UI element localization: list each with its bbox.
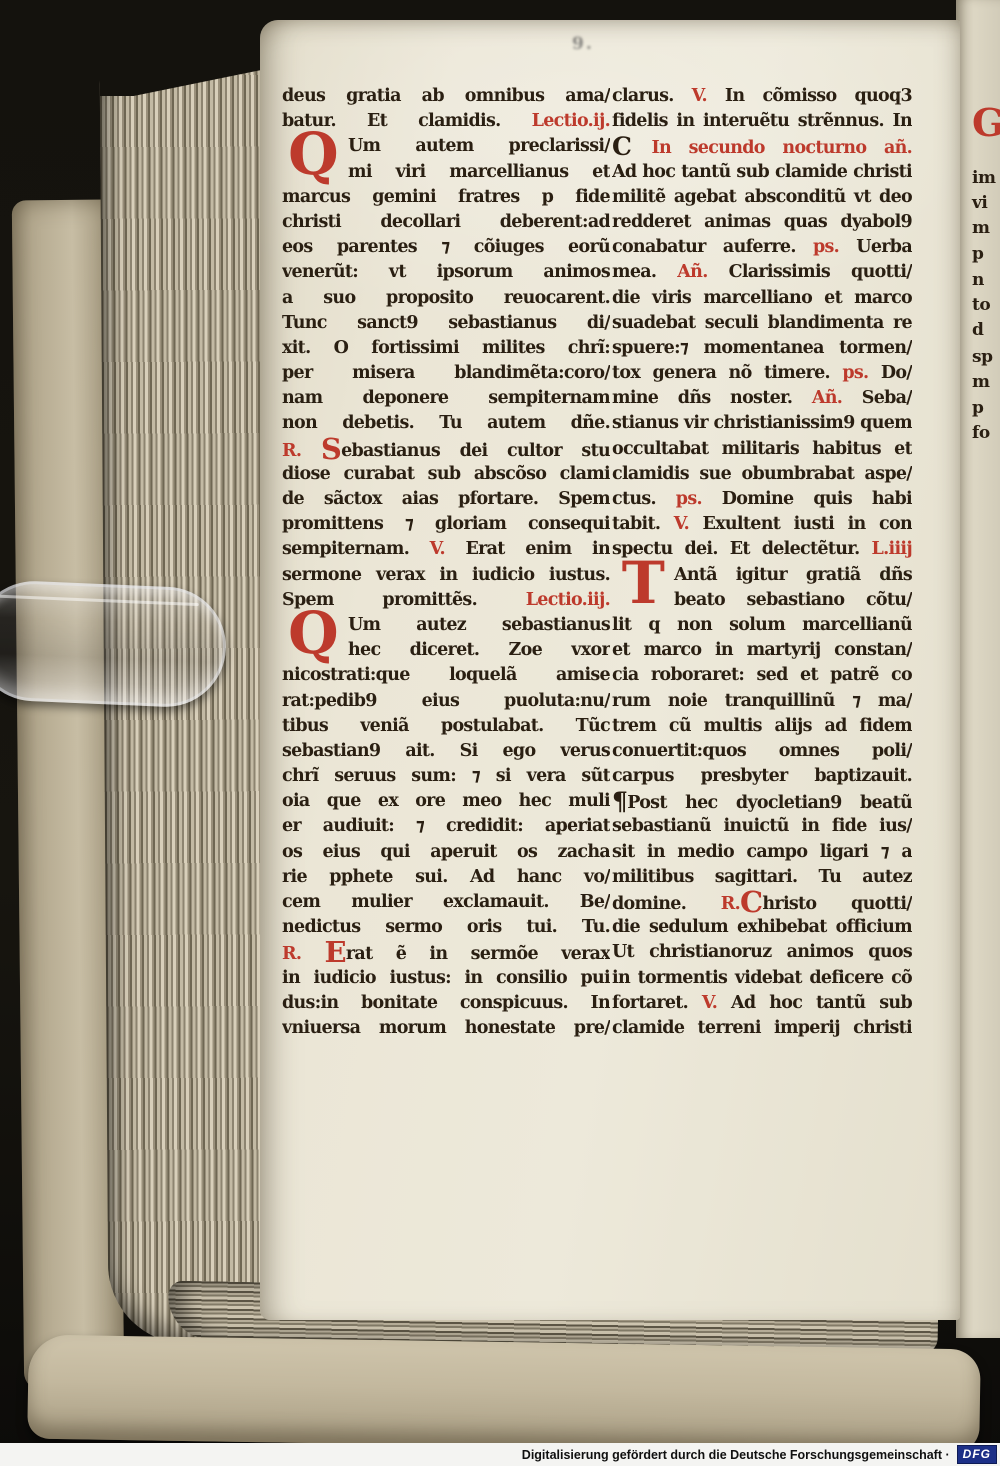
body-text: nedictus sermo oris tui. Tu.: [282, 917, 610, 937]
body-text: conuertit:quos omnes poli/: [612, 741, 912, 761]
body-text: deus gratia ab omnibus ama/: [282, 86, 610, 106]
body-text: cia roboraret: sed et patrẽ co: [612, 665, 912, 685]
body-text: in tormentis videbat deficere cõ: [612, 968, 912, 988]
body-text: rat:pedib9 eius puoluta:nu/: [282, 691, 610, 711]
body-text: sit in medio campo ligari ⁊ a: [612, 842, 912, 862]
body-text: domine.: [612, 894, 721, 914]
body-text: suadebat seculi blandimenta re: [612, 313, 912, 333]
body-text: militibus sagittari. Tu autez: [612, 867, 912, 887]
text-line: stianus vir christianissim9 quem: [612, 411, 912, 436]
text-line: in tormentis videbat deficere cõ: [612, 966, 912, 991]
text-line: ¶Post hec dyocletian9 beatũ: [612, 789, 912, 814]
body-text: oia que ex ore meo hec muli: [282, 791, 610, 811]
next-page-edge: Gimvimpntodspmpfo: [956, 0, 1000, 1338]
text-line: venerũt: vt ipsorum animos: [282, 260, 610, 285]
body-text: ebastianus dei cultor stu: [341, 441, 610, 461]
text-line: domine. R.Christo quotti/: [612, 890, 912, 915]
text-line: rum noie tranquillinũ ⁊ ma/: [612, 689, 912, 714]
text-line: in iudicio iustus: in consilio pui: [282, 966, 610, 991]
text-line: et marco in martyrij constan/: [612, 638, 912, 663]
text-line: militẽ agebat absconditũ vt deo: [612, 185, 912, 210]
text-line: sempiternam. V. Erat enim in: [282, 537, 610, 562]
edge-text-fragment: p: [972, 398, 983, 418]
body-text: non debetis. Tu autem dñe.: [282, 413, 610, 433]
body-text: nicostrati:que loquelã amise: [282, 665, 610, 685]
body-text: xit. O fortissimi milites chrĩ:: [282, 338, 610, 358]
edge-text-fragment: d: [972, 320, 983, 340]
text-line: vniuersa morum honestate pre/: [282, 1016, 610, 1041]
text-line: sebastian9 ait. Si ego verus: [282, 739, 610, 764]
rubric-text: ps.: [813, 237, 856, 257]
text-line: er audiuit: ⁊ credidit: aperiat: [282, 814, 610, 839]
page-number-smudge: 9.: [572, 34, 594, 54]
text-line: fortaret. V. Ad hoc tantũ sub: [612, 991, 912, 1016]
body-text: carpus presbyter baptizauit.: [612, 766, 912, 786]
body-text: Erat enim in: [465, 539, 610, 559]
text-line: os eius qui aperuit os zacha: [282, 840, 610, 865]
body-text: os eius qui aperuit os zacha: [282, 842, 610, 862]
body-text: per misera blandimẽta:coro/: [282, 363, 610, 383]
edge-text-fragment: fo: [972, 423, 990, 443]
text-line: clamide terreni imperij christi: [612, 1016, 912, 1041]
body-text: In cõmisso quoq3: [725, 86, 912, 106]
text-line: sebastianũ inuictũ in fide ius/: [612, 814, 912, 839]
edge-text-fragment: to: [972, 295, 990, 315]
text-line: chrĩ seruus sum: ⁊ si vera sũt: [282, 764, 610, 789]
body-text: eos parentes ⁊ cõiuges eorũ: [282, 237, 610, 257]
body-text: clamide terreni imperij christi: [612, 1018, 912, 1038]
rubric-text: V.: [430, 539, 466, 559]
digitized-book-photo: Gimvimpntodspmpfo 9. deus gratia ab omni…: [0, 0, 1000, 1466]
body-text: marcus gemini fratres p fide: [282, 187, 610, 207]
body-text: mi viri marcellianus et: [348, 162, 610, 182]
body-text: fidelis in interuẽtu strẽnnus. In: [612, 111, 912, 131]
body-text: Tunc sanct9 sebastianus di/: [282, 313, 610, 333]
body-text: beato sebastiano cõtu/: [674, 590, 912, 610]
body-text: fortaret.: [612, 993, 702, 1013]
body-text: C: [740, 890, 762, 915]
body-text: Ut christianoruz animos quos: [612, 942, 912, 962]
body-text: in iudicio iustus: in consilio pui: [282, 968, 610, 988]
body-text: rum noie tranquillinũ ⁊ ma/: [612, 691, 912, 711]
rubric-text: R.: [721, 894, 740, 914]
text-line: suadebat seculi blandimenta re: [612, 311, 912, 336]
body-text: diose curabat sub abscõso clami: [282, 464, 610, 484]
body-text: er audiuit: ⁊ credidit: aperiat: [282, 816, 610, 836]
body-text: mea.: [612, 262, 677, 282]
rubric-text: Añ.: [677, 262, 728, 282]
text-line: christi decollari deberent:ad: [282, 210, 610, 235]
page-holder-clip: [0, 579, 228, 709]
body-text: conabatur auferre.: [612, 237, 813, 257]
edge-text-fragment: n: [972, 270, 984, 290]
rubric-text: Añ.: [812, 388, 862, 408]
body-text: hec diceret. Zoe vxor: [348, 640, 610, 660]
drop-cap-initial: T: [612, 558, 674, 608]
body-text: vniuersa morum honestate pre/: [282, 1018, 610, 1038]
body-text: ¶: [612, 789, 627, 814]
body-text: ctus.: [612, 489, 676, 509]
body-text: Uerba: [856, 237, 912, 257]
drop-cap-initial: Q: [282, 608, 344, 658]
body-text: occultabat militaris habitus et: [612, 439, 912, 459]
body-text: chrĩ seruus sum: ⁊ si vera sũt: [282, 766, 610, 786]
text-line: nam deponere sempiternam: [282, 386, 610, 411]
body-text: sempiternam.: [282, 539, 430, 559]
text-line: tabit. V. Exultent iusti in con: [612, 512, 912, 537]
body-text: die viris marcelliano et marco: [612, 288, 912, 308]
dfg-logo: DFG: [957, 1445, 997, 1464]
body-text: a suo proposito reuocarent.: [282, 288, 610, 308]
body-text: die sedulum exhibebat officium: [612, 917, 912, 937]
text-line: dus:in bonitate conspicuus. In: [282, 991, 610, 1016]
text-line: sermone verax in iudicio iustus.: [282, 563, 610, 588]
text-line: per misera blandimẽta:coro/: [282, 361, 610, 386]
rubric-text: R.: [282, 944, 325, 964]
rubric-text: V.: [692, 86, 725, 106]
body-text: et marco in martyrij constan/: [612, 640, 912, 660]
body-text: sebastianũ inuictũ in fide ius/: [612, 816, 912, 836]
text-line: non debetis. Tu autem dñe.: [282, 411, 610, 436]
book-page: 9. deus gratia ab omnibus ama/batur. Et …: [260, 20, 960, 1320]
caption-text: Digitalisierung gefördert durch die Deut…: [522, 1448, 950, 1462]
body-text: C: [612, 134, 651, 159]
text-line: promittens ⁊ gloriam consequi: [282, 512, 610, 537]
rubric-text: ps.: [676, 489, 722, 509]
text-line: C In secundo nocturno añ.: [612, 134, 912, 159]
text-line: mea. Añ. Clarissimis quotti/: [612, 260, 912, 285]
text-line: redderet animas quas dyabol9: [612, 210, 912, 235]
body-text: cem mulier exclamauit. Be/: [282, 892, 610, 912]
body-text: Um autez sebastianus: [348, 615, 610, 635]
body-text: tox genera nõ timere.: [612, 363, 842, 383]
edge-text-fragment: m: [972, 218, 990, 238]
text-line: cia roboraret: sed et patrẽ co: [612, 663, 912, 688]
edge-text-fragment: vi: [972, 193, 987, 213]
text-line: ctus. ps. Domine quis habi: [612, 487, 912, 512]
edge-text-fragment: im: [972, 168, 995, 188]
text-line: occultabat militaris habitus et: [612, 437, 912, 462]
text-line: die sedulum exhibebat officium: [612, 915, 912, 940]
rubric-text: L.iiij: [872, 539, 912, 559]
text-line: R. Sebastianus dei cultor stu: [282, 437, 610, 462]
text-line: diose curabat sub abscõso clami: [282, 462, 610, 487]
text-line: xit. O fortissimi milites chrĩ:: [282, 336, 610, 361]
body-text: stianus vir christianissim9 quem: [612, 413, 912, 433]
body-text: rat ẽ in sermõe verax: [346, 944, 610, 964]
body-text: promittens ⁊ gloriam consequi: [282, 514, 610, 534]
body-text: Post hec dyocletian9 beatũ: [627, 793, 912, 813]
text-line: mine dñs noster. Añ. Seba/: [612, 386, 912, 411]
text-line: sit in medio campo ligari ⁊ a: [612, 840, 912, 865]
body-text: lit q non solum marcellianũ: [612, 615, 912, 635]
text-line: conabatur auferre. ps. Uerba: [612, 235, 912, 260]
body-text: venerũt: vt ipsorum animos: [282, 262, 610, 282]
text-line: spuere:⁊ momentanea tormen/: [612, 336, 912, 361]
body-text: militẽ agebat absconditũ vt deo: [612, 187, 912, 207]
vellum-cover-bottom: [27, 1335, 981, 1454]
text-line: tox genera nõ timere. ps. Do/: [612, 361, 912, 386]
text-line: nicostrati:que loquelã amise: [282, 663, 610, 688]
text-line: militibus sagittari. Tu autez: [612, 865, 912, 890]
text-column-left: deus gratia ab omnibus ama/batur. Et cla…: [282, 84, 610, 1041]
text-line: Ad hoc tantũ sub clamide christi: [612, 160, 912, 185]
body-text: dus:in bonitate conspicuus. In: [282, 993, 610, 1013]
body-text: Clarissimis quotti/: [729, 262, 912, 282]
body-text: christi decollari deberent:ad: [282, 212, 610, 232]
edge-text-fragment: m: [972, 372, 990, 392]
body-text: S: [321, 437, 341, 462]
rubric-text: R.: [282, 441, 321, 461]
body-text: sebastian9 ait. Si ego verus: [282, 741, 610, 761]
text-line: clamidis sue obumbrabat aspe/: [612, 462, 912, 487]
text-line: deus gratia ab omnibus ama/: [282, 84, 610, 109]
text-line: rat:pedib9 eius puoluta:nu/: [282, 689, 610, 714]
rubric-text: Lectio.ij.: [532, 111, 610, 131]
body-text: Ad hoc tantũ sub: [731, 993, 912, 1013]
body-text: trem cũ multis alijs ad fidem: [612, 716, 912, 736]
text-line: fidelis in interuẽtu strẽnnus. In: [612, 109, 912, 134]
body-text: clamidis sue obumbrabat aspe/: [612, 464, 912, 484]
body-text: Um autem preclarissi/: [348, 136, 610, 156]
text-line: a suo proposito reuocarent.: [282, 286, 610, 311]
text-line: conuertit:quos omnes poli/: [612, 739, 912, 764]
text-line: nedictus sermo oris tui. Tu.: [282, 915, 610, 940]
body-text: tabit.: [612, 514, 674, 534]
body-text: nam deponere sempiternam: [282, 388, 610, 408]
rubric-text: ps.: [842, 363, 881, 383]
text-line: trem cũ multis alijs ad fidem: [612, 714, 912, 739]
text-column-right: clarus. V. In cõmisso quoq3fidelis in in…: [612, 84, 912, 1041]
text-line: Ut christianoruz animos quos: [612, 940, 912, 965]
digitization-caption-bar: Digitalisierung gefördert durch die Deut…: [0, 1443, 1000, 1466]
body-text: E: [325, 940, 346, 965]
text-line: die viris marcelliano et marco: [612, 286, 912, 311]
text-line: marcus gemini fratres p fide: [282, 185, 610, 210]
body-text: hristo quotti/: [762, 894, 912, 914]
body-text: clarus.: [612, 86, 692, 106]
body-text: tibus veniã postulabat. Tũc: [282, 716, 610, 736]
body-text: Domine quis habi: [722, 489, 912, 509]
body-text: mine dñs noster.: [612, 388, 812, 408]
edge-text-fragment: sp: [972, 347, 992, 367]
text-line: Tunc sanct9 sebastianus di/: [282, 311, 610, 336]
edge-text-fragment: G: [972, 100, 1000, 145]
body-text: redderet animas quas dyabol9: [612, 212, 912, 232]
text-line: carpus presbyter baptizauit.: [612, 764, 912, 789]
body-text: spuere:⁊ momentanea tormen/: [612, 338, 912, 358]
text-line: de sãctox aias pfortare. Spem: [282, 487, 610, 512]
text-line: clarus. V. In cõmisso quoq3: [612, 84, 912, 109]
body-text: Antã igitur gratiã dñs: [674, 565, 912, 585]
text-line: cem mulier exclamauit. Be/: [282, 890, 610, 915]
body-text: rie pphete sui. Ad hanc vo/: [282, 867, 610, 887]
text-line: R. Erat ẽ in sermõe verax: [282, 940, 610, 965]
edge-text-fragment: p: [972, 244, 983, 264]
text-line: oia que ex ore meo hec muli: [282, 789, 610, 814]
body-text: Seba/: [862, 388, 912, 408]
rubric-text: V.: [702, 993, 731, 1013]
text-line: eos parentes ⁊ cõiuges eorũ: [282, 235, 610, 260]
body-text: Do/: [881, 363, 912, 383]
body-text: Exultent iusti in con: [703, 514, 912, 534]
drop-cap-initial: Q: [282, 129, 344, 179]
body-text: de sãctox aias pfortare. Spem: [282, 489, 610, 509]
rubric-text: In secundo nocturno añ.: [651, 138, 912, 158]
text-line: rie pphete sui. Ad hanc vo/: [282, 865, 610, 890]
body-text: Ad hoc tantũ sub clamide christi: [612, 162, 912, 182]
body-text: sermone verax in iudicio iustus.: [282, 565, 610, 585]
rubric-text: V.: [674, 514, 703, 534]
rubric-text: Lectio.iij.: [526, 590, 610, 610]
text-line: tibus veniã postulabat. Tũc: [282, 714, 610, 739]
